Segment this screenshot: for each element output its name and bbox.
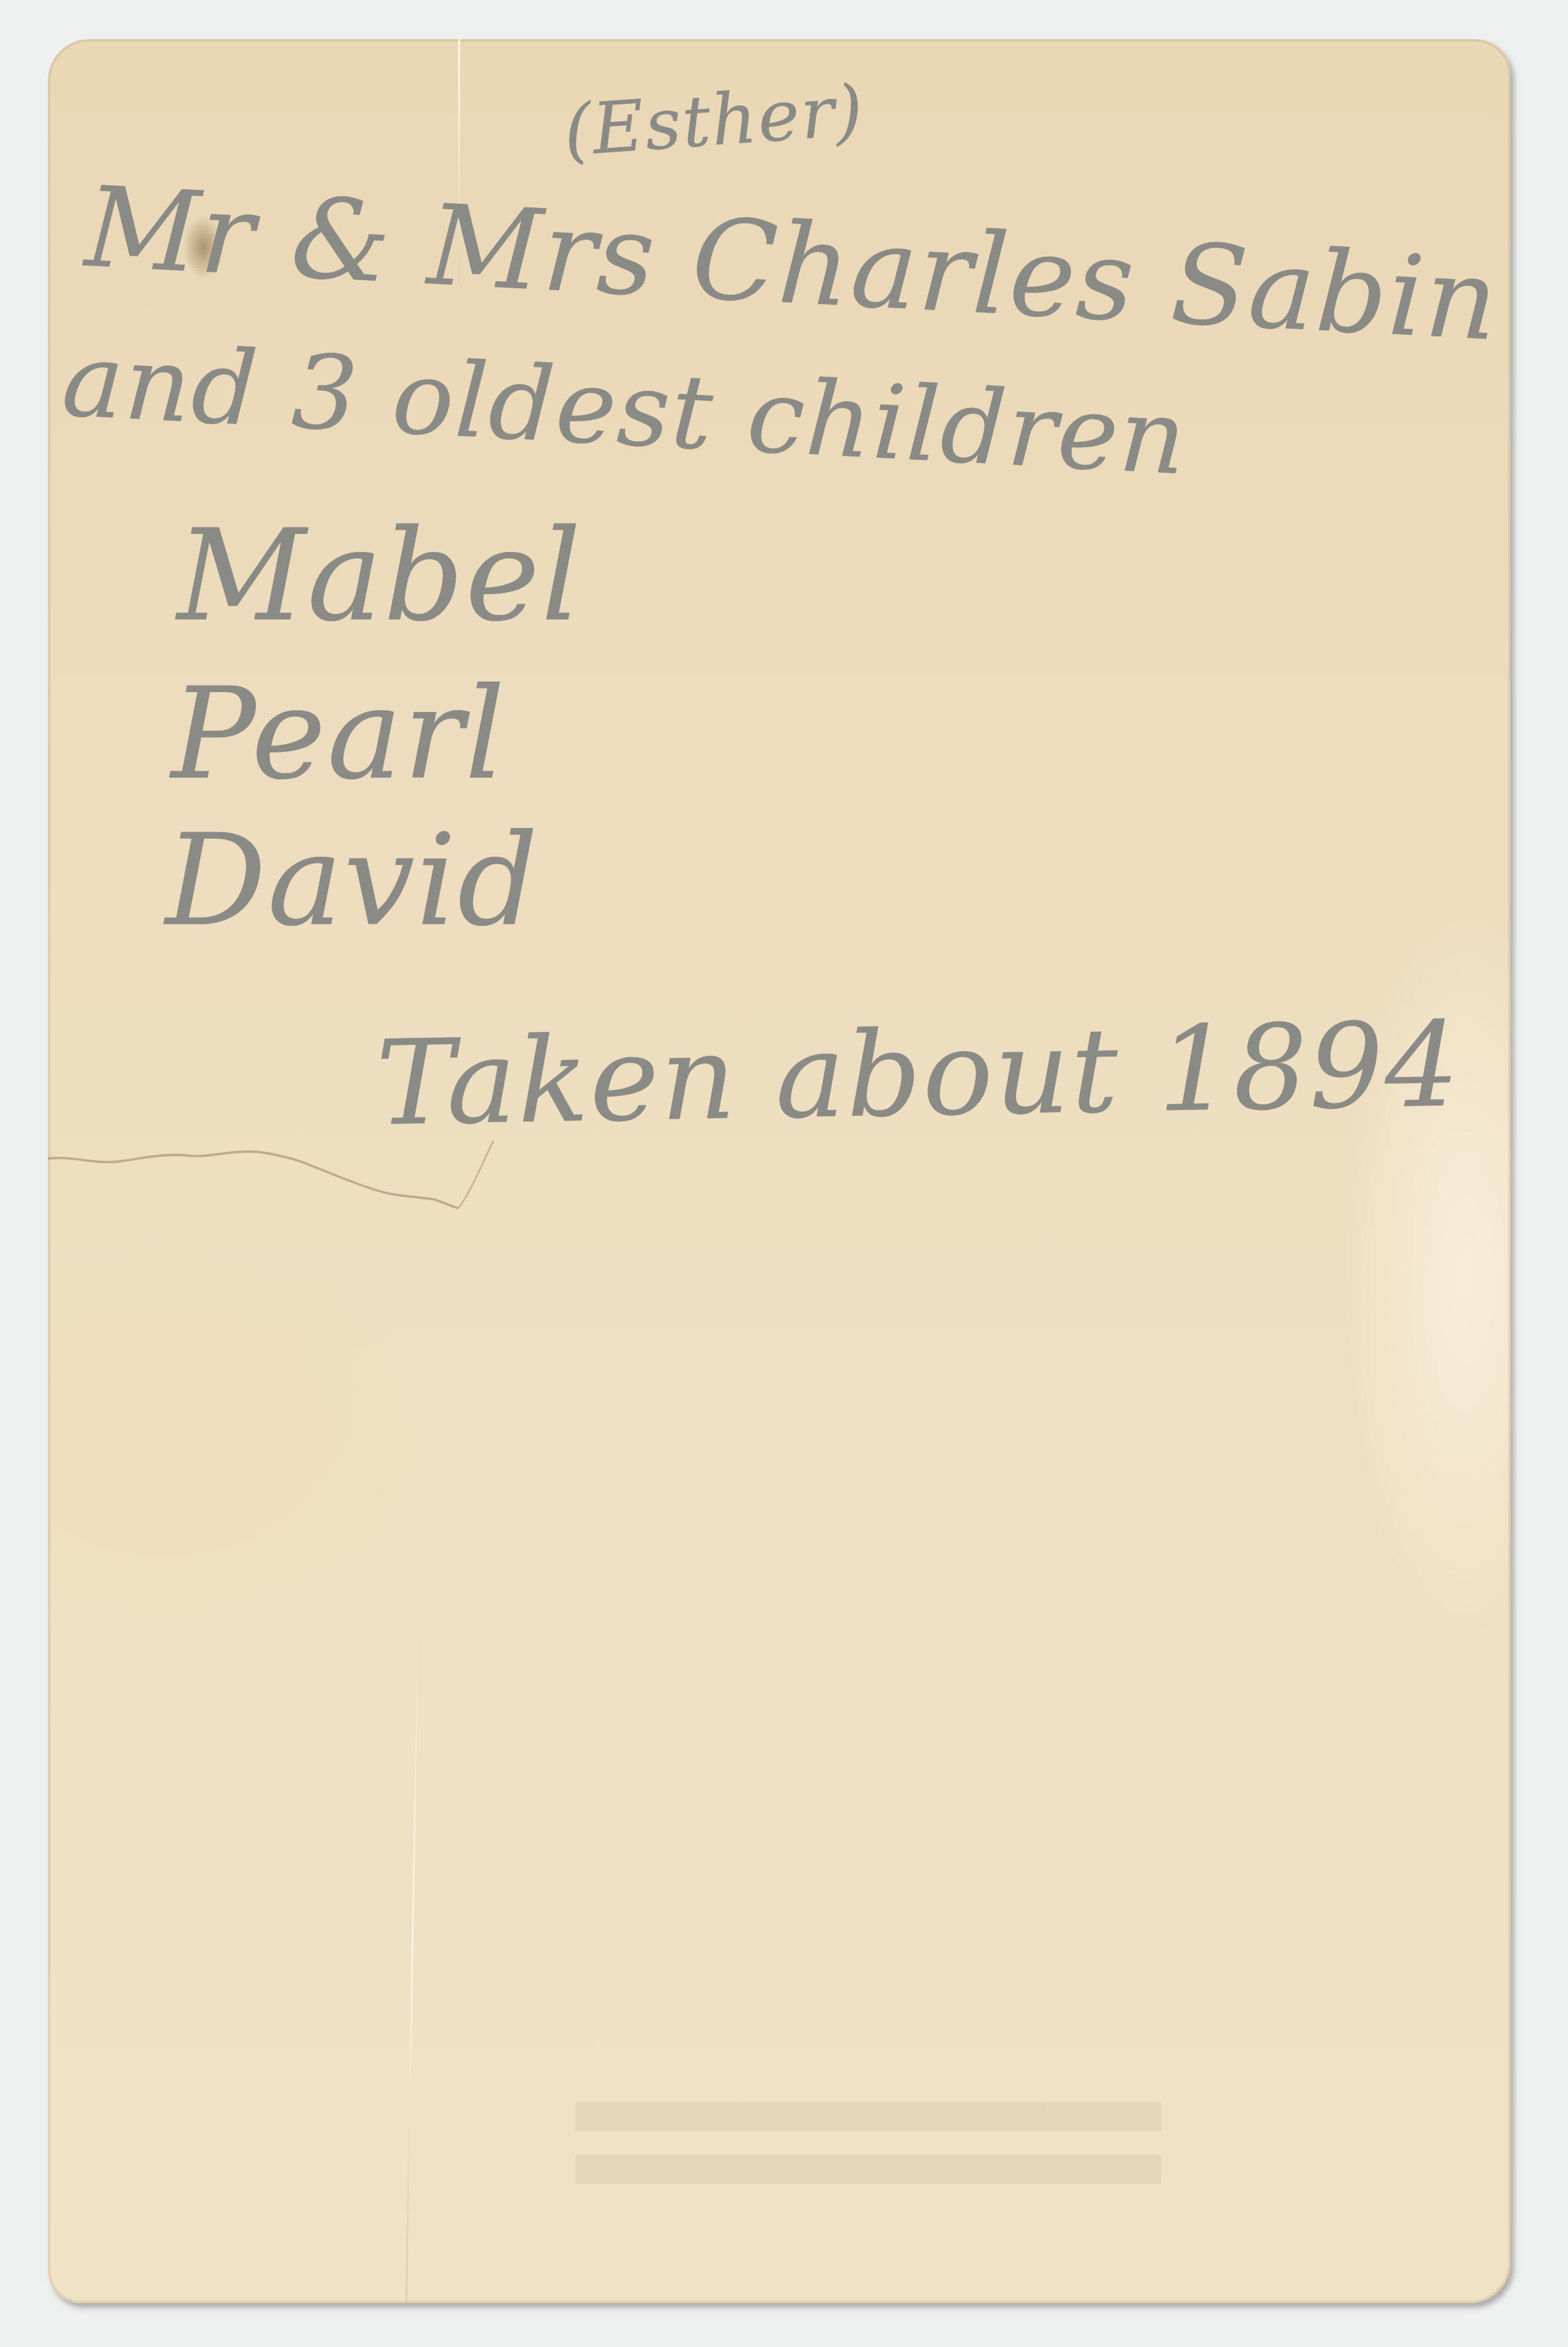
annotation-esther: (Esther) — [561, 70, 867, 172]
bottom-crease — [405, 1622, 419, 2301]
child-name: Mabel — [177, 502, 582, 649]
child-name: Pearl — [171, 660, 506, 808]
faded-printed-mark — [575, 2102, 1161, 2254]
inscription-line-2: and 3 oldest children — [59, 321, 1189, 498]
photo-card-back: (Esther) Mr & Mrs Charles Sabin and 3 ol… — [48, 39, 1511, 2303]
date-note: Taken about 1894 — [375, 997, 1461, 1152]
child-name: David — [165, 807, 539, 954]
